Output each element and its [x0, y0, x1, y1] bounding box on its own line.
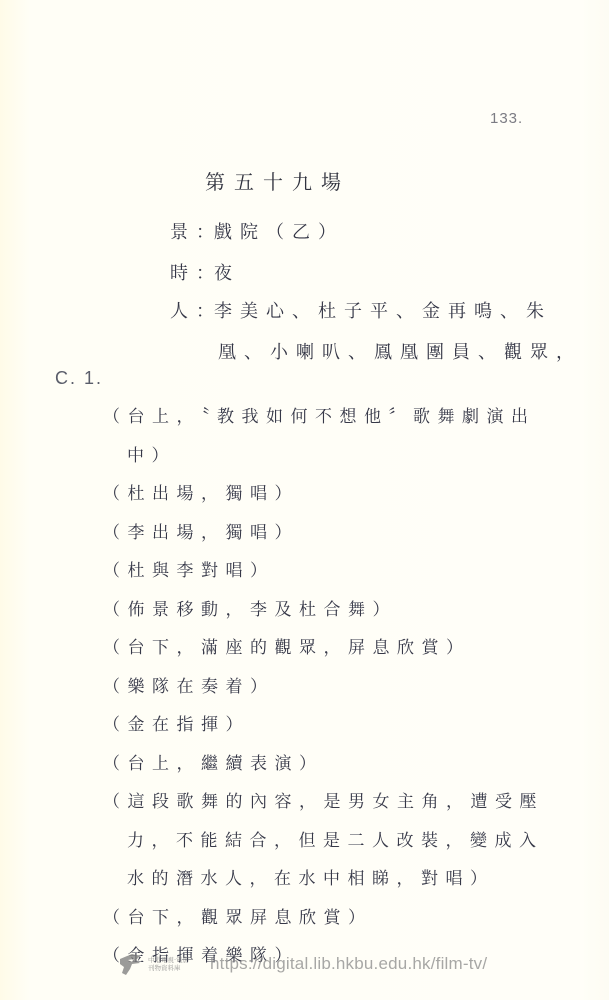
page-number: 133.: [490, 110, 523, 127]
direction-line: （台上，繼續表演）: [103, 754, 324, 774]
footer-url[interactable]: https://digital.lib.hkbu.edu.hk/film-tv/: [210, 954, 487, 974]
footer-watermark: 中港電視‧電影 刊物資料庫 https://digital.lib.hkbu.e…: [118, 951, 487, 977]
direction-line: （台下，觀眾屏息欣賞）: [103, 908, 373, 928]
scene-title: 第五十九場: [205, 166, 350, 195]
people-value-line1: 李美心、杜子平、金再鳴、朱: [214, 301, 552, 322]
people-colon: ：: [196, 297, 214, 323]
people-label: 人: [170, 297, 196, 323]
footer-org-line1: 中港電視‧電影: [148, 956, 204, 964]
footer-org-line2: 刊物資料庫: [148, 964, 204, 972]
direction-item: （金在指揮）: [103, 706, 583, 745]
direction-item: （台下，滿座的觀眾，屏息欣賞）: [103, 629, 583, 668]
direction-line: （杜出場，獨唱）: [103, 484, 299, 504]
scene-people-continued: 凰、小喇叭、鳳凰團員、觀眾，: [218, 338, 582, 364]
direction-line: （樂隊在奏着）: [103, 677, 275, 697]
direction-line: （台上，〝教我如何不想他〞歌舞劇演出: [103, 407, 536, 427]
time-colon: ：: [196, 259, 214, 285]
direction-line: （金在指揮）: [103, 715, 250, 735]
script-page: 133. 第五十九場 景：戲院（乙） 時：夜 人：李美心、杜子平、金再鳴、朱 凰…: [0, 0, 609, 1000]
scene-people: 人：李美心、杜子平、金再鳴、朱: [170, 297, 552, 323]
film-archive-logo-icon: [118, 951, 142, 977]
direction-item: （這段歌舞的內容，是男女主角，遭受壓 力，不能結合，但是二人改裝，變成入 水的潛…: [103, 783, 583, 899]
setting-value: 戲院（乙）: [214, 222, 344, 243]
setting-colon: ：: [196, 218, 214, 244]
shot-label: C. 1.: [55, 368, 103, 389]
direction-line: （李出場，獨唱）: [103, 523, 299, 543]
direction-item: （樂隊在奏着）: [103, 668, 583, 707]
scene-time: 時：夜: [170, 259, 240, 285]
direction-item: （台上，〝教我如何不想他〞歌舞劇演出 中）: [103, 398, 583, 475]
direction-line: （佈景移動，李及杜合舞）: [103, 600, 397, 620]
footer-org-name: 中港電視‧電影 刊物資料庫: [148, 956, 204, 972]
direction-line: （台下，滿座的觀眾，屏息欣賞）: [103, 638, 471, 658]
scene-setting: 景：戲院（乙）: [170, 218, 344, 244]
direction-item: （杜出場，獨唱）: [103, 475, 583, 514]
direction-item: （李出場，獨唱）: [103, 514, 583, 553]
time-label: 時: [170, 259, 196, 285]
direction-item: （杜與李對唱）: [103, 552, 583, 591]
direction-line-continued: 力，不能結合，但是二人改裝，變成入: [103, 822, 583, 861]
direction-line: （這段歌舞的內容，是男女主角，遭受壓: [103, 792, 544, 812]
direction-item: （台下，觀眾屏息欣賞）: [103, 899, 583, 938]
direction-line-continued: 中）: [103, 437, 583, 476]
time-value: 夜: [214, 263, 240, 284]
direction-line-continued: 水的潛水人，在水中相睇，對唱）: [103, 860, 583, 899]
stage-directions: （台上，〝教我如何不想他〞歌舞劇演出 中） （杜出場，獨唱） （李出場，獨唱） …: [103, 398, 583, 976]
direction-item: （佈景移動，李及杜合舞）: [103, 591, 583, 630]
direction-line: （杜與李對唱）: [103, 561, 275, 581]
setting-label: 景: [170, 218, 196, 244]
direction-item: （台上，繼續表演）: [103, 745, 583, 784]
